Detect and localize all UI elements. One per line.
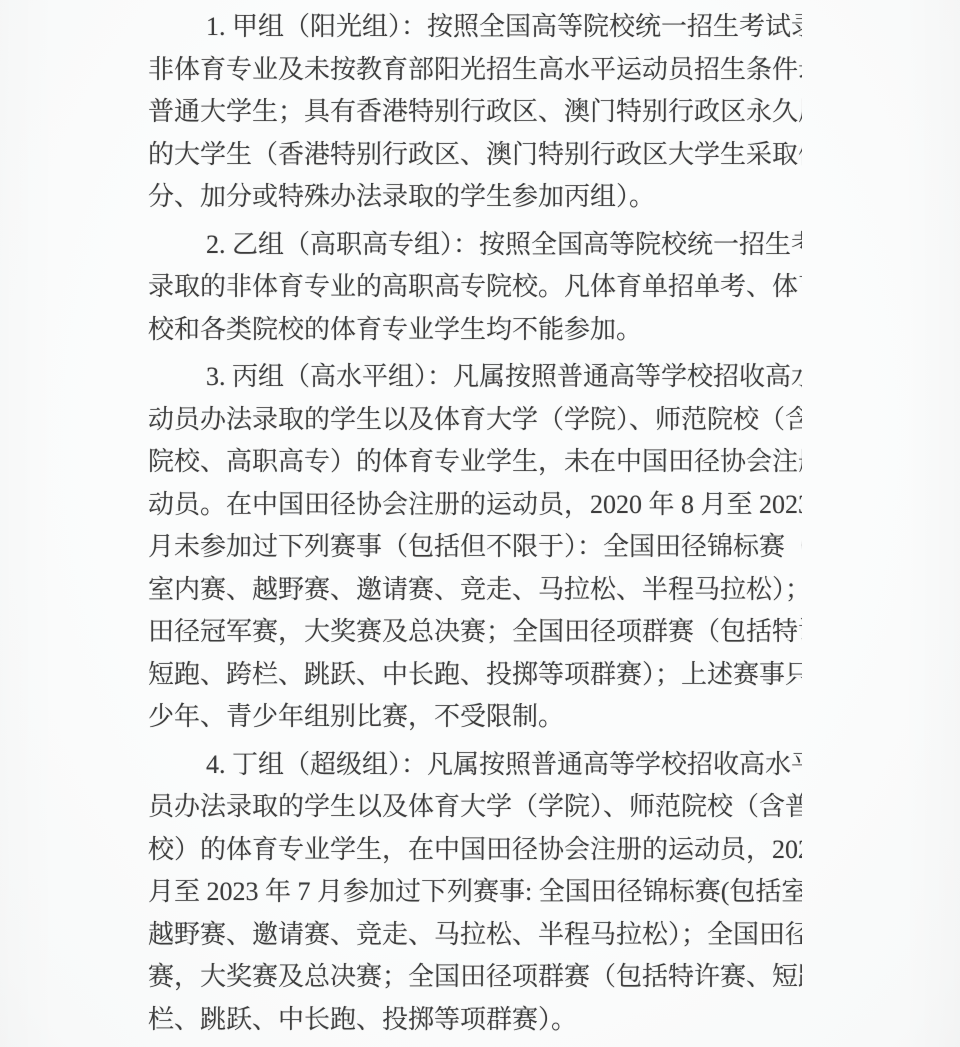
text-line: 栏、跳跃、中长跑、投掷等项群赛）。 bbox=[148, 999, 802, 1042]
text-line: 录取的非体育专业的高职高专院校。凡体育单招单考、体育类院 bbox=[148, 266, 802, 309]
paragraph-group-4-ding: 4. 丁组（超级组）：凡属按照普通高等学校招收高水平运动员办法录取的学生以及体育… bbox=[148, 744, 802, 1042]
text-line: 员办法录取的学生以及体育大学（学院）、师范院校（含普通院 bbox=[148, 786, 802, 829]
text-line: 动员办法录取的学生以及体育大学（学院）、师范院校（含普通 bbox=[148, 399, 802, 442]
text-line: 动员。在中国田径协会注册的运动员，2020 年 8 月至 2023 年 7 bbox=[148, 484, 802, 527]
paragraph-group-3-bing: 3. 丙组（高水平组）：凡属按照普通高等学校招收高水平运动员办法录取的学生以及体… bbox=[148, 356, 802, 739]
text-line: 院校、高职高专）的体育专业学生，未在中国田径协会注册的运 bbox=[148, 441, 802, 484]
text-line: 室内赛、越野赛、邀请赛、竞走、马拉松、半程马拉松）；全国 bbox=[148, 569, 802, 612]
text-line: 3. 丙组（高水平组）：凡属按照普通高等学校招收高水平运 bbox=[148, 356, 802, 399]
document-body: 1. 甲组（阳光组）：按照全国高等院校统一招生考试录取的非体育专业及未按教育部阳… bbox=[148, 6, 802, 1041]
text-line: 非体育专业及未按教育部阳光招生高水平运动员招生条件录取的 bbox=[148, 49, 802, 92]
text-line: 普通大学生；具有香港特别行政区、澳门特别行政区永久居住证 bbox=[148, 91, 802, 134]
text-line: 4. 丁组（超级组）：凡属按照普通高等学校招收高水平运动 bbox=[148, 744, 802, 787]
paragraph-group-1-jia: 1. 甲组（阳光组）：按照全国高等院校统一招生考试录取的非体育专业及未按教育部阳… bbox=[148, 6, 802, 219]
text-line: 赛，大奖赛及总决赛；全国田径项群赛（包括特许赛、短跑、跨 bbox=[148, 956, 802, 999]
text-line: 1. 甲组（阳光组）：按照全国高等院校统一招生考试录取的 bbox=[148, 6, 802, 49]
text-line: 月至 2023 年 7 月参加过下列赛事: 全国田径锦标赛(包括室内赛、 bbox=[148, 871, 802, 914]
paragraph-group-2-yi: 2. 乙组（高职高专组）：按照全国高等院校统一招生考试、录取的非体育专业的高职高… bbox=[148, 224, 802, 352]
text-line: 分、加分或特殊办法录取的学生参加丙组）。 bbox=[148, 176, 802, 219]
text-line: 校和各类院校的体育专业学生均不能参加。 bbox=[148, 309, 802, 352]
text-line: 田径冠军赛，大奖赛及总决赛；全国田径项群赛（包括特许赛、 bbox=[148, 611, 802, 654]
text-line: 少年、青少年组别比赛，不受限制。 bbox=[148, 696, 802, 739]
text-line: 月未参加过下列赛事（包括但不限于）：全国田径锦标赛（包括 bbox=[148, 526, 802, 569]
text-line: 2. 乙组（高职高专组）：按照全国高等院校统一招生考试、 bbox=[148, 224, 802, 267]
text-line: 越野赛、邀请赛、竞走、马拉松、半程马拉松）；全国田径冠军 bbox=[148, 914, 802, 957]
text-line: 校）的体育专业学生，在中国田径协会注册的运动员，2020 年 8 bbox=[148, 829, 802, 872]
text-line: 短跑、跨栏、跳跃、中长跑、投掷等项群赛）；上述赛事只参加 bbox=[148, 654, 802, 697]
text-line: 的大学生（香港特别行政区、澳门特别行政区大学生采取体育降 bbox=[148, 134, 802, 177]
document-page: 1. 甲组（阳光组）：按照全国高等院校统一招生考试录取的非体育专业及未按教育部阳… bbox=[0, 0, 960, 1047]
